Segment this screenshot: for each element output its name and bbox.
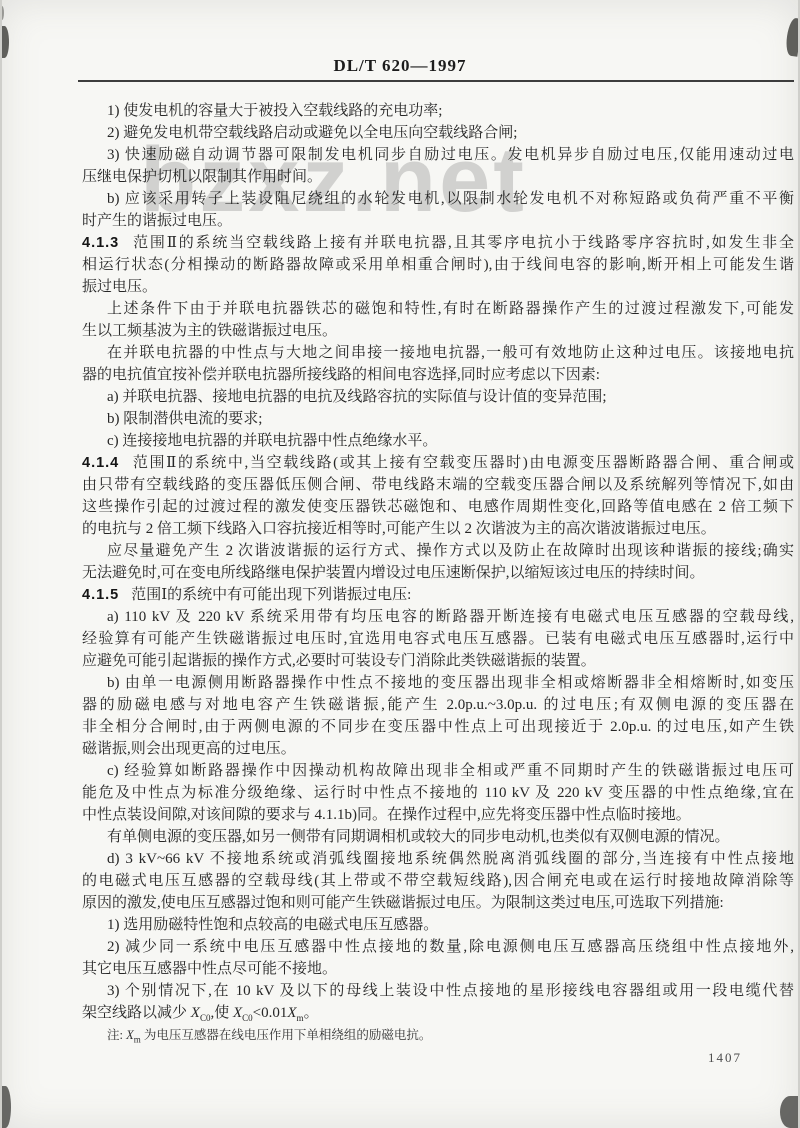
- section-number: 4.1.5: [82, 587, 119, 603]
- section-heading: 4.1.5范围Ⅰ的系统中有可能出现下列谐振过电压:: [82, 584, 794, 606]
- text-line: 的电抗与 2 倍工频下线路入口容抗接近相等时,可能产生以 2 次谐波为主的高次谐…: [82, 518, 794, 540]
- text-line: 3) 个别情况下,在 10 kV 及以下的母线上装设中性点接地的星形接线电容器组…: [82, 980, 794, 1002]
- header-rule: [78, 80, 794, 82]
- text-line: 能危及中性点为标准分级绝缘、运行时中性点不接地的 110 kV 及 220 kV…: [82, 782, 794, 804]
- text-line: a) 110 kV 及 220 kV 系统采用带有均压电容的断路器开断连接有电磁…: [82, 606, 794, 628]
- text-line: 非全相分合闸时,由于两侧电源的不同步在变压器中性点上可出现接近于 2.0p.u.…: [82, 716, 794, 738]
- section-number: 4.1.4: [82, 455, 119, 471]
- text-line: 器的电抗值宜按补偿并联电抗器所接线路的相间电容选择,同时应考虑以下因素:: [82, 364, 794, 386]
- text-line: b) 应该采用转子上装设阻尼绕组的水轮发电机,以限制水轮发电机不对称短路或负荷严…: [82, 188, 794, 210]
- text-line: d) 3 kV~66 kV 不接地系统或消弧线圈接地系统偶然脱离消弧线圈的部分,…: [82, 848, 794, 870]
- text-line: 其它电压互感器中性点尽可能不接地。: [82, 958, 794, 980]
- section-number: 4.1.3: [82, 235, 119, 251]
- text-line: 由只带有空载线路的变压器低压侧合闸、带电线路末端的空载变压器合闸以及系统解列等情…: [82, 474, 794, 496]
- text-line: 压继电保护切机以限制其作用时间。: [82, 166, 794, 188]
- page-number: 1407: [708, 1050, 742, 1066]
- text-line: 3) 快速励磁自动调节器可限制发电机同步自励过电压。发电机异步自励过电压,仅能用…: [82, 144, 794, 166]
- text-line: 无法避免时,可在变电所线路继电保护装置内增设过电压速断保护,以缩短该过电压的持续…: [82, 562, 794, 584]
- text-line: c) 连接接地电抗器的并联电抗器中性点绝缘水平。: [82, 430, 794, 452]
- text-line: 原因的激发,使电压互感器过饱和则可能产生铁磁谐振过电压。为限制这类过电压,可选取…: [82, 892, 794, 914]
- text-line: b) 限制潜供电流的要求;: [82, 408, 794, 430]
- scan-artifact-bottom-right: [780, 1096, 800, 1128]
- text-line: 有单侧电源的变压器,如另一侧带有同期调相机或较大的同步电动机,也类似有双侧电源的…: [82, 826, 794, 848]
- body-text: 1) 使发电机的容量大于被投入空载线路的充电功率;2) 避免发电机带空载线路启动…: [82, 100, 794, 1046]
- footnote-line: 注: Xm 为电压互感器在线电压作用下单相绕组的励磁电抗。: [82, 1024, 794, 1046]
- text-line: 中性点装设间隙,对该间隙的要求与 4.1.1b)同。在操作过程中,应先将变压器中…: [82, 804, 794, 826]
- text-line: 应尽量避免产生 2 次谐波谐振的运行方式、操作方式以及防止在故障时出现该种谐振的…: [82, 540, 794, 562]
- standard-number: DL/T 620—1997: [0, 56, 800, 76]
- text-line: 经验算有可能产生铁磁谐振过电压时,宜选用电容式电压互感器。已装有电磁式电压互感器…: [82, 628, 794, 650]
- section-heading: 4.1.4范围Ⅱ的系统中,当空载线路(或其上接有空载变压器时)由电源变压器断路器…: [82, 452, 794, 474]
- text-line: 振过电压。: [82, 276, 794, 298]
- document-page: DL/T 620—1997 bzxz.net 1) 使发电机的容量大于被投入空载…: [0, 0, 800, 1128]
- text-line: b) 由单一电源侧用断路器操作中性点不接地的变压器出现非全相或熔断器非全相熔断时…: [82, 672, 794, 694]
- text-line: 相运行状态(分相操动的断路器故障或采用单相重合闸时),由于线间电容的影响,断开相…: [82, 254, 794, 276]
- text-line: 2) 减少同一系统中电压互感器中性点接地的数量,除电源侧电压互感器高压绕组中性点…: [82, 936, 794, 958]
- text-line: 1) 使发电机的容量大于被投入空载线路的充电功率;: [82, 100, 794, 122]
- text-line: 磁谐振,则会出现更高的过电压。: [82, 738, 794, 760]
- text-line: 1) 选用励磁特性饱和点较高的电磁式电压互感器。: [82, 914, 794, 936]
- text-line: 架空线路以减少 XC0,使 XC0<0.01Xm。: [82, 1002, 794, 1024]
- scan-edge-left: [0, 0, 2, 1128]
- section-heading: 4.1.3范围Ⅱ的系统当空载线路上接有并联电抗器,且其零序电抗小于线路零序容抗时…: [82, 232, 794, 254]
- text-line: 在并联电抗器的中性点与大地之间串接一接地电抗器,一般可有效地防止这种过电压。该接…: [82, 342, 794, 364]
- text-line: 器的励磁电感与对地电容产生铁磁谐振,能产生 2.0p.u.~3.0p.u. 的过…: [82, 694, 794, 716]
- text-line: 的电磁式电压互感器的空载母线(其上带或不带空载短线路),因合闸充电或在运行时接地…: [82, 870, 794, 892]
- text-line: 这些操作引起的过渡过程的激发使变压器铁芯磁饱和、电感作周期性变化,回路等值电感在…: [82, 496, 794, 518]
- text-line: 应避免可能引起谐振的操作方式,必要时可装设专门消除此类铁磁谐振的装置。: [82, 650, 794, 672]
- text-line: 生以工频基波为主的铁磁谐振过电压。: [82, 320, 794, 342]
- text-line: 时产生的谐振过电压。: [82, 210, 794, 232]
- text-line: 2) 避免发电机带空载线路启动或避免以全电压向空载线路合闸;: [82, 122, 794, 144]
- text-line: c) 经验算如断路器操作中因操动机构故障出现非全相或严重不同期时产生的铁磁谐振过…: [82, 760, 794, 782]
- text-line: 上述条件下由于并联电抗器铁芯的磁饱和特性,有时在断路器操作产生的过渡过程激发下,…: [82, 298, 794, 320]
- text-line: a) 并联电抗器、接地电抗器的电抗及线路容抗的实际值与设计值的变异范围;: [82, 386, 794, 408]
